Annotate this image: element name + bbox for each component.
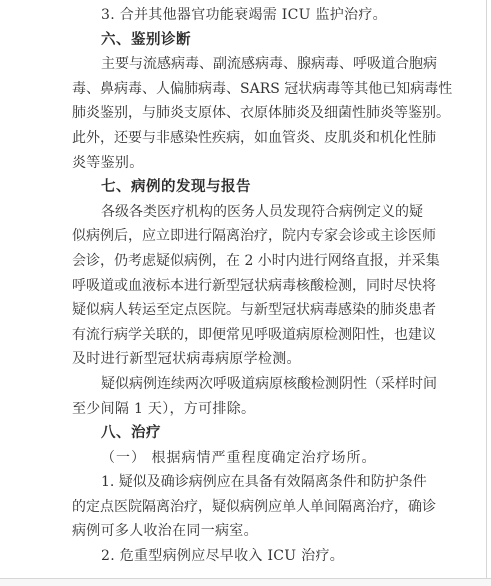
text-line: 3. 合并其他器官功能衰竭需 ICU 监护治疗。 [72,3,391,28]
text-line: 炎等鉴别。 [72,151,420,176]
text-line: 及时进行新型冠状病毒病原学检测。 [72,347,420,372]
text-line: 呼吸道或血液标本进行新型冠状病毒核酸检测，同时尽快将 [72,274,420,299]
text-line: 2. 危重型病例应尽早收入 ICU 治疗。 [72,544,391,569]
text-line: 似病例后，应立即进行隔离治疗，院内专家会诊或主诊医师 [72,224,420,249]
text-line: 毒、鼻病毒、人偏肺病毒、SARS 冠状病毒等其他已知病毒性 [72,77,420,102]
text-line: 疑似病人转运至定点医院。与新型冠状病毒感染的肺炎患者 [72,298,420,323]
text-line: 有流行病学关联的，即便常见呼吸道病原检测阳性，也建议 [72,323,420,348]
scan-edge-right [486,0,487,579]
outside-page-area [0,579,491,586]
text-line: 各级各类医疗机构的医务人员发现符合病例定义的疑 [72,200,391,225]
sub-heading-line: （一） 根据病情严重程度确定治疗场所。 [72,446,391,471]
text-line: 此外，还要与非感染性疾病，如血管炎、皮肌炎和机化性肺 [72,126,420,151]
text-line: 至少间隔 1 天），方可排除。 [72,397,420,422]
document-text: 3. 合并其他器官功能衰竭需 ICU 监护治疗。六、鉴别诊断主要与流感病毒、副流… [72,3,420,569]
section-heading: 七、病例的发现与报告 [72,175,391,200]
text-line: 1. 疑似及确诊病例应在具备有效隔离条件和防护条件 [72,470,391,495]
text-line: 病例可多人收治在同一病室。 [72,519,420,544]
document-page: 3. 合并其他器官功能衰竭需 ICU 监护治疗。六、鉴别诊断主要与流感病毒、副流… [0,0,491,586]
text-line: 会诊，仍考虑疑似病例，在 2 小时内进行网络直报，并采集 [72,249,420,274]
text-line: 主要与流感病毒、副流感病毒、腺病毒、呼吸道合胞病 [72,52,391,77]
text-line: 的定点医院隔离治疗，疑似病例应单人单间隔离治疗，确诊 [72,495,420,520]
text-line: 疑似病例连续两次呼吸道病原核酸检测阴性（采样时间 [72,372,391,397]
text-line: 肺炎鉴别，与肺炎支原体、衣原体肺炎及细菌性肺炎等鉴别。 [72,101,420,126]
section-heading: 六、鉴别诊断 [72,28,391,53]
section-heading: 八、治疗 [72,421,391,446]
